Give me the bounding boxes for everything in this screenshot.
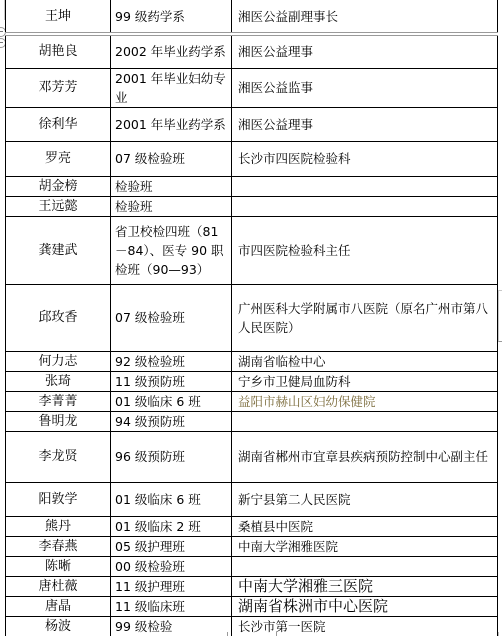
position-cell: 广州医科大学附属市八医院（原名广州市第八人民医院） (232, 284, 498, 351)
table-row: 熊丹 01 级临床 2 班 桑植县中医院 (6, 516, 498, 536)
position-cell: 桑植县中医院 (232, 516, 498, 536)
name-cell: 徐利华 (6, 107, 111, 141)
column-resize-marker[interactable] (498, 290, 502, 342)
name-cell: 王坤 (6, 0, 111, 34)
position-cell: 市四医院检验科主任 (232, 216, 498, 284)
class-cell: 92 级检验班 (111, 351, 232, 371)
class-cell: 01 级临床 6 班 (111, 391, 232, 411)
table-row: 张琦 11 级预防班 宁乡市卫健局血防科 (6, 371, 498, 391)
page-corner-marker (498, 632, 502, 636)
name-cell: 鲁明龙 (6, 411, 111, 431)
class-cell: 省卫校检四班（81－84）、医专 90 职检班（90—93） (111, 216, 232, 284)
name-cell: 胡艳良 (6, 34, 111, 68)
position-cell (232, 176, 498, 196)
class-cell: 2001 年毕业妇幼专业 (111, 68, 232, 107)
name-cell: 何力志 (6, 351, 111, 371)
name-cell: 唐杜薇 (6, 576, 111, 596)
class-cell: 07 级检验班 (111, 141, 232, 176)
table-row: 鲁明龙 94 级预防班 (6, 411, 498, 431)
name-cell: 罗亮 (6, 141, 111, 176)
position-cell (232, 556, 498, 576)
class-cell: 检验班 (111, 196, 232, 216)
table-row: 阳敦学 01 级临床 6 班 新宁县第二人民医院 (6, 482, 498, 516)
position-cell: 湘医公益副理事长 (232, 0, 498, 34)
table-row: 何力志 92 级检验班 湖南省临检中心 (6, 351, 498, 371)
class-cell: 11 级临床班 (111, 596, 232, 616)
table-row: 胡金榜 检验班 (6, 176, 498, 196)
name-cell: 张琦 (6, 371, 111, 391)
table-row: 王远懿 检验班 (6, 196, 498, 216)
name-cell: 阳敦学 (6, 482, 111, 516)
class-cell: 99 级药学系 (111, 0, 232, 34)
name-cell: 龚建武 (6, 216, 111, 284)
name-cell: 杨波 (6, 616, 111, 636)
position-cell: 益阳市赫山区妇幼保健院 (232, 391, 498, 411)
table-row: 唐晶 11 级临床班 湖南省株洲市中心医院 (6, 596, 498, 616)
name-cell: 熊丹 (6, 516, 111, 536)
table-row: 胡艳良 2002 年毕业药学系 湘医公益理事 (6, 34, 498, 68)
position-cell: 中南大学湘雅医院 (232, 536, 498, 556)
name-cell: 李龙贤 (6, 431, 111, 482)
alumni-table: 王坤 99 级药学系 湘医公益副理事长 胡艳良 2002 年毕业药学系 湘医公益… (5, 0, 498, 636)
table-row: 李春燕 05 级护理班 中南大学湘雅医院 (6, 536, 498, 556)
name-cell: 邱玫香 (6, 284, 111, 351)
position-cell: 湖南省株洲市中心医院 (232, 596, 498, 616)
name-cell: 李春燕 (6, 536, 111, 556)
table-row: 邱玫香 07 级检验班 广州医科大学附属市八医院（原名广州市第八人民医院） (6, 284, 498, 351)
class-cell: 01 级临床 2 班 (111, 516, 232, 536)
position-cell: 长沙市四医院检验科 (232, 141, 498, 176)
table-row: 陈晰 00 级检验班 (6, 556, 498, 576)
name-cell: 陈晰 (6, 556, 111, 576)
name-cell: 李菁菁 (6, 391, 111, 411)
class-cell: 01 级临床 6 班 (111, 482, 232, 516)
class-cell: 11 级护理班 (111, 576, 232, 596)
table-row: 王坤 99 级药学系 湘医公益副理事长 (6, 0, 498, 34)
position-cell (232, 196, 498, 216)
name-cell: 邓芳芳 (6, 68, 111, 107)
class-cell: 2001 年毕业药学系 (111, 107, 232, 141)
table-row: 龚建武 省卫校检四班（81－84）、医专 90 职检班（90—93） 市四医院检… (6, 216, 498, 284)
position-cell: 湘医公益理事 (232, 107, 498, 141)
name-cell: 胡金榜 (6, 176, 111, 196)
class-cell: 07 级检验班 (111, 284, 232, 351)
class-cell: 2002 年毕业药学系 (111, 34, 232, 68)
position-cell: 宁乡市卫健局血防科 (232, 371, 498, 391)
position-cell: 湘医公益理事 (232, 34, 498, 68)
position-cell: 湘医公益监事 (232, 68, 498, 107)
class-cell: 99 级检验 (111, 616, 232, 636)
position-cell: 湖南省临检中心 (232, 351, 498, 371)
class-cell: 检验班 (111, 176, 232, 196)
table-row: 罗亮 07 级检验班 长沙市四医院检验科 (6, 141, 498, 176)
table-row: 徐利华 2001 年毕业药学系 湘医公益理事 (6, 107, 498, 141)
table-row: 唐杜薇 11 级护理班 中南大学湘雅三医院 (6, 576, 498, 596)
position-cell (232, 411, 498, 431)
position-cell: 湖南省郴州市宜章县疾病预防控制中心副主任 (232, 431, 498, 482)
table-row: 李菁菁 01 级临床 6 班 益阳市赫山区妇幼保健院 (6, 391, 498, 411)
class-cell: 96 级预防班 (111, 431, 232, 482)
position-cell: 新宁县第二人民医院 (232, 482, 498, 516)
page-bottom-marker (227, 632, 277, 636)
class-cell: 11 级预防班 (111, 371, 232, 391)
table-row: 李龙贤 96 级预防班 湖南省郴州市宜章县疾病预防控制中心副主任 (6, 431, 498, 482)
name-cell: 王远懿 (6, 196, 111, 216)
table-row: 邓芳芳 2001 年毕业妇幼专业 湘医公益监事 (6, 68, 498, 107)
class-cell: 00 级检验班 (111, 556, 232, 576)
class-cell: 05 级护理班 (111, 536, 232, 556)
position-cell: 中南大学湘雅三医院 (232, 576, 498, 596)
name-cell: 唐晶 (6, 596, 111, 616)
class-cell: 94 级预防班 (111, 411, 232, 431)
